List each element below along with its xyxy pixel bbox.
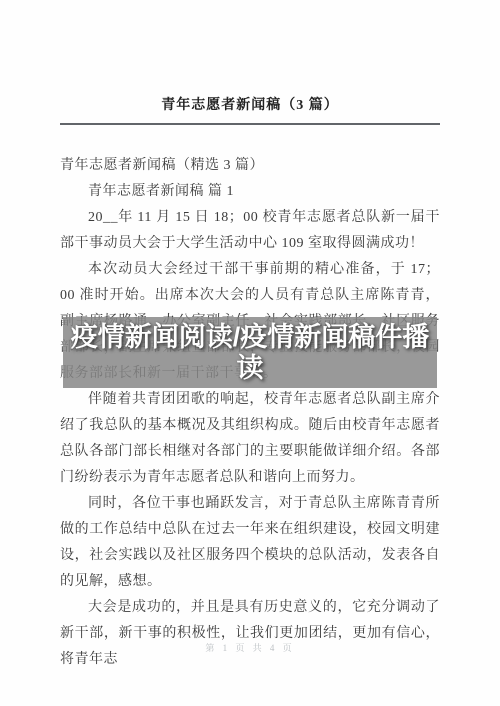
paragraph-subheading: 青年志愿者新闻稿 篇 1 xyxy=(60,179,440,205)
watermark-overlay-banner: 疫情新闻阅读/疫情新闻稿件播读 xyxy=(63,317,437,388)
paragraph-1: 20__年 11 月 15 日 18；00 校青年志愿者总队新一届干部干事动员大… xyxy=(60,205,440,257)
document-page: 青年志愿者新闻稿（3 篇） 青年志愿者新闻稿（精选 3 篇） 青年志愿者新闻稿 … xyxy=(0,0,500,706)
document-body: 青年志愿者新闻稿（精选 3 篇） 青年志愿者新闻稿 篇 1 20__年 11 月… xyxy=(60,153,440,673)
paragraph-4: 同时，各位干事也踊跃发言，对于青总队主席陈青青所做的工作总结中总队在过去一年来在… xyxy=(60,491,440,595)
title-divider xyxy=(60,123,440,125)
paragraph-3: 伴随着共青团团歌的响起，校青年志愿者总队副主席介绍了我总队的基本概况及其组织构成… xyxy=(60,387,440,491)
document-title: 青年志愿者新闻稿（3 篇） xyxy=(0,0,500,116)
paragraph-5: 大会是成功的，并且是具有历史意义的，它充分调动了新干部，新干事的积极性，让我们更… xyxy=(60,595,440,673)
page-number-footer: 第 1 页 共 4 页 xyxy=(0,641,500,655)
paragraph-heading: 青年志愿者新闻稿（精选 3 篇） xyxy=(60,153,440,179)
watermark-overlay-text: 疫情新闻阅读/疫情新闻稿件播读 xyxy=(69,322,431,384)
